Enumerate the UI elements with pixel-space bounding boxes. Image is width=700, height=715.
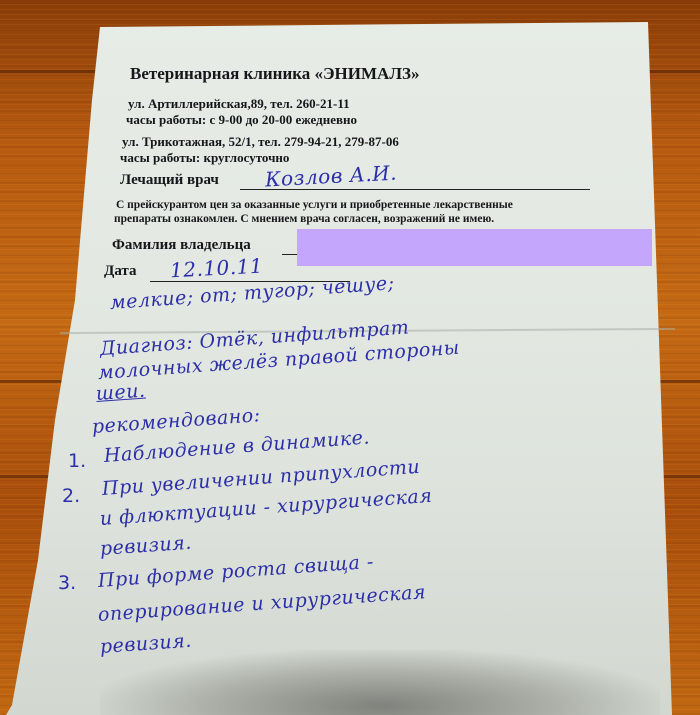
item-2-number: 2. — [62, 485, 80, 507]
date-handwritten: 12.10.11 — [169, 254, 263, 283]
diagnosis-line-3: шеи. — [95, 380, 146, 405]
branch-1-hours: часы работы: с 9-00 до 20-00 ежедневно — [126, 112, 357, 128]
disclaimer-line-1: С прейскурантом цен за оказанные услуги … — [116, 199, 513, 212]
branch-2-hours: часы работы: круглосуточно — [120, 150, 289, 166]
redaction-box — [297, 229, 652, 266]
item-1-number: 1. — [68, 450, 86, 472]
item-3-number: 3. — [58, 572, 76, 594]
branch-1-address: ул. Артиллерийская,89, тел. 260-21-11 — [128, 96, 350, 112]
owner-label: Фамилия владельца — [112, 237, 251, 254]
doctor-label: Лечащий врач — [120, 172, 219, 189]
branch-2-address: ул. Трикотажная, 52/1, тел. 279-94-21, 2… — [122, 134, 399, 150]
clinic-title: Ветеринарная клиника «ЭНИМАЛЗ» — [130, 64, 419, 84]
disclaimer-line-2: препараты ознакомлен. С мнением врача со… — [114, 213, 494, 226]
shadow — [100, 650, 660, 715]
date-label: Дата — [104, 263, 136, 280]
